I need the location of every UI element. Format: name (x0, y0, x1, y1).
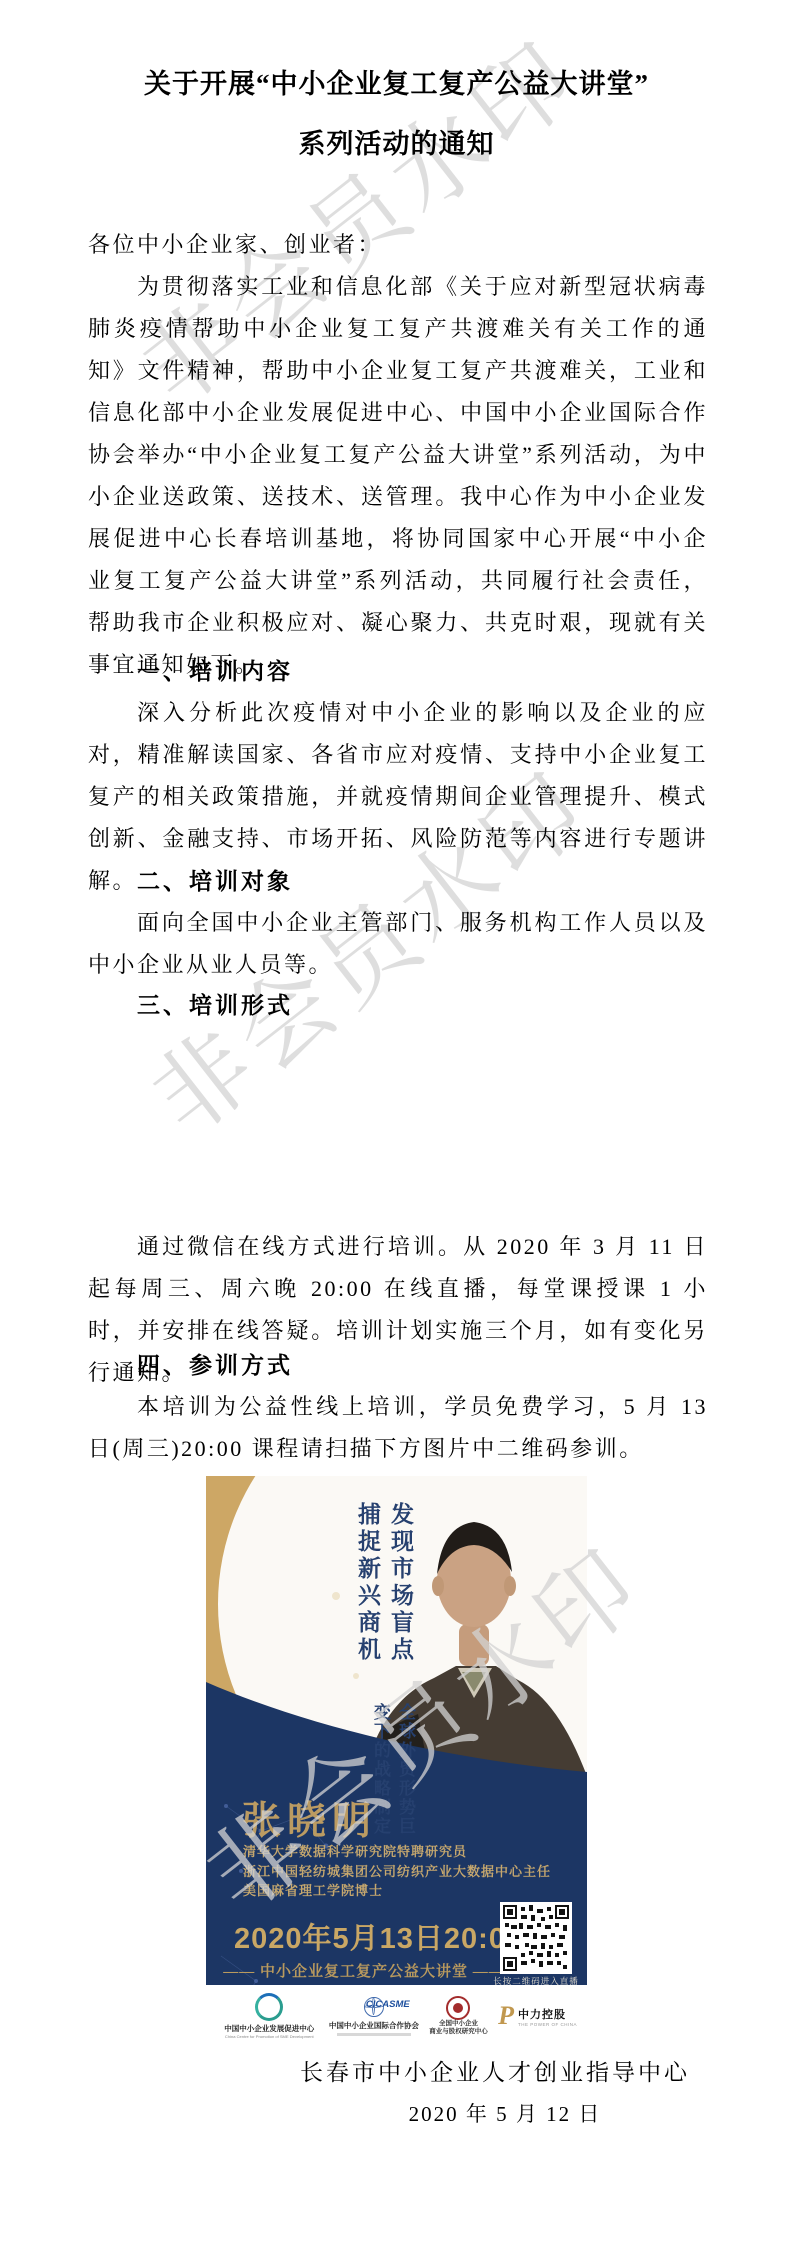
logo-caption-en-illegible (337, 2033, 411, 2036)
qr-code-pattern (503, 1905, 569, 1971)
signature-date: 2020 年 5 月 12 日 (385, 2098, 625, 2128)
logo-cicasme: CICASME 中国中小企业国际合作协会 (329, 1996, 419, 2036)
logo-caption: 中力控股 (518, 2006, 566, 2022)
logo-caption: 中国中小企业发展促进中心 (224, 2023, 314, 2034)
red-seal-icon (446, 1996, 470, 2020)
organizer-logo-strip: 中国中小企业发展促进中心 China Centre for Promotion … (206, 1985, 587, 2047)
notice-document-page: 发现市场盲点 捕捉新兴商机 全球外贸形势巨变下的战略制定 张晓明 清华大学数据科… (0, 0, 793, 2244)
poster-headline-primary: 发现市场盲点 捕捉新兴商机 (352, 1502, 418, 1689)
sme-promotion-center-icon (255, 1993, 283, 2021)
section-heading-2: 二、培训对象 (137, 860, 293, 902)
power-of-china-icon: P (498, 2004, 514, 2028)
cicasme-wordmark: CICASME (366, 1999, 410, 2010)
qr-code (500, 1902, 572, 1974)
section-body-2: 面向全国中小企业主管部门、服务机构工作人员以及中小企业从业人员等。 (88, 902, 708, 986)
poster-series-banner: —— 中小企业复工复产公益大讲堂 —— (214, 1960, 514, 1981)
speaker-titles: 清华大学数据科学研究院特聘研究员 浙江中国轻纺城集团公司纺织产业大数据中心主任 … (243, 1842, 551, 1901)
notice-title-line2: 系列活动的通知 (0, 122, 793, 161)
speaker-name: 张晓明 (242, 1790, 377, 1846)
speaker-title-1: 清华大学数据科学研究院特聘研究员 (243, 1842, 551, 1862)
section-heading-4: 四、参训方式 (137, 1344, 293, 1386)
logo-caption-en: THE POWER OF CHINA (518, 2022, 577, 2027)
logo-research-center-seal: 全国中小企业 商业与股权研究中心 (429, 1996, 488, 2036)
greeting-line: 各位中小企业家、创业者： (88, 224, 728, 266)
logo-caption: 全国中小企业 (439, 2020, 478, 2028)
speaker-title-3: 美国麻省理工学院博士 (243, 1881, 551, 1901)
poster-datetime: 2020年5月13日20:00 (234, 1916, 523, 1957)
section-body-4: 本培训为公益性线上培训，学员免费学习，5 月 13 日(周三)20:00 课程请… (88, 1386, 708, 1470)
logo-power-of-china: P 中力控股 THE POWER OF CHINA (498, 2004, 577, 2028)
notice-title-line1: 关于开展“中小企业复工复产公益大讲堂” (0, 62, 793, 101)
logo-caption: 中国中小企业国际合作协会 (329, 2020, 419, 2031)
logo-caption-en: China Centre for Promotion of SME Develo… (225, 2034, 314, 2039)
signature-organization: 长春市中小企业人才创业指导中心 (0, 2054, 690, 2087)
intro-paragraph: 为贯彻落实工业和信息化部《关于应对新型冠状病毒肺炎疫情帮助中小企业复工复产共渡难… (88, 266, 708, 686)
logo-sme-promotion-center: 中国中小企业发展促进中心 China Centre for Promotion … (220, 1993, 319, 2039)
logo-caption: 商业与股权研究中心 (429, 2028, 488, 2036)
speaker-title-2: 浙江中国轻纺城集团公司纺织产业大数据中心主任 (243, 1862, 551, 1882)
section-heading-1: 一、培训内容 (137, 650, 293, 692)
training-poster-image: 发现市场盲点 捕捉新兴商机 全球外贸形势巨变下的战略制定 张晓明 清华大学数据科… (206, 1476, 587, 2047)
section-heading-3: 三、培训形式 (137, 984, 293, 1026)
